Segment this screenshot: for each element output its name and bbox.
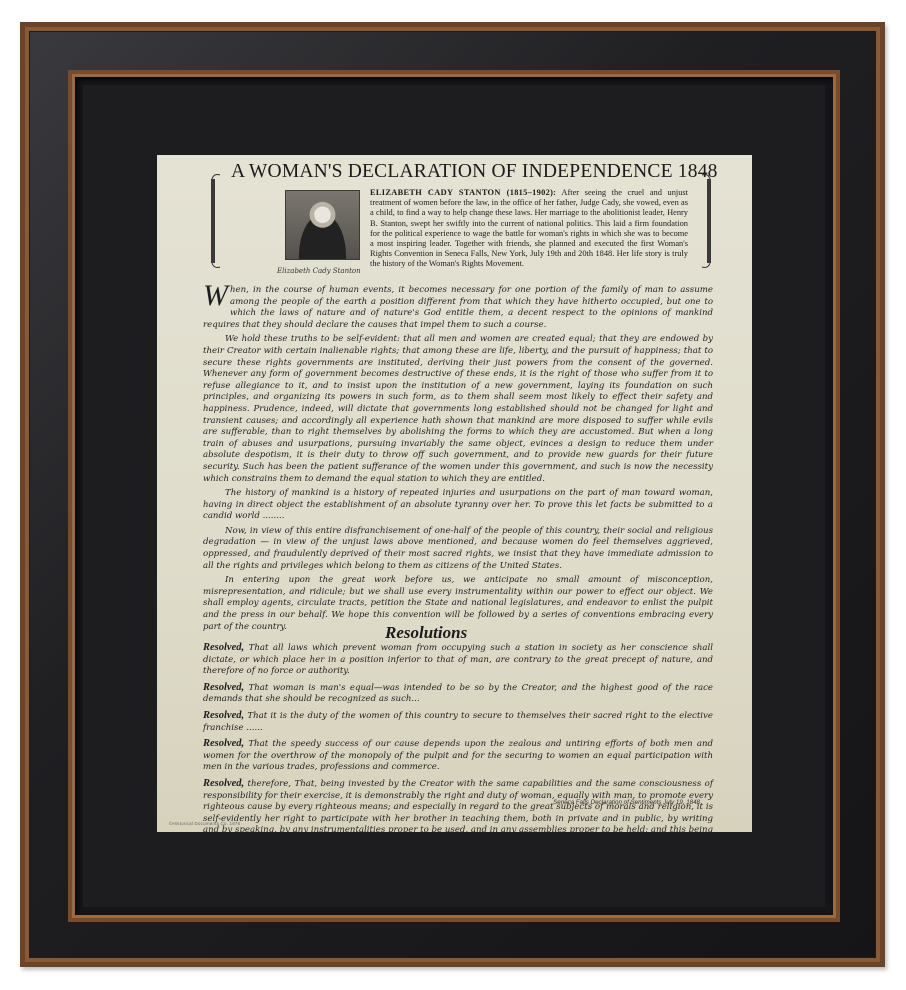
resolution-item: Resolved, therefore, That, being investe… bbox=[203, 778, 713, 872]
paragraph-history: The history of mankind is a history of r… bbox=[203, 488, 713, 523]
paragraph-text: hen, in the course of human events, it b… bbox=[203, 285, 713, 330]
resolution-label: Resolved, bbox=[203, 682, 244, 693]
copyright-caption: ©Historical Documents Co. 1976 bbox=[169, 821, 240, 826]
resolution-item: Resolved, That it is the duty of the wom… bbox=[203, 710, 713, 734]
paragraph-disfranchisement: Now, in view of this entire disfranchise… bbox=[203, 526, 713, 572]
resolution-text: That woman is man's equal—was intended t… bbox=[203, 683, 713, 705]
resolutions-heading: Resolutions bbox=[385, 623, 467, 643]
resolution-item: Resolved, That woman is man's equal—was … bbox=[203, 682, 713, 706]
bio-body: After seeing the cruel and unjust treatm… bbox=[370, 188, 688, 268]
resolution-label: Resolved, bbox=[203, 710, 244, 721]
paragraph-preamble: When, in the course of human events, it … bbox=[203, 285, 713, 331]
source-caption: Seneca Falls Declaration of Sentiments J… bbox=[553, 799, 700, 806]
resolution-label: Resolved, bbox=[203, 738, 244, 749]
resolution-label: Resolved, bbox=[203, 778, 244, 789]
document-print: A WOMAN'S DECLARATION OF INDEPENDENCE 18… bbox=[157, 155, 752, 832]
resolution-label: Resolved, bbox=[203, 642, 244, 653]
biography-text: ELIZABETH CADY STANTON (1815–1902): Afte… bbox=[370, 188, 688, 270]
resolution-text: That all laws which prevent woman from o… bbox=[203, 643, 713, 676]
document-title: A WOMAN'S DECLARATION OF INDEPENDENCE 18… bbox=[231, 161, 691, 183]
left-bracket-ornament bbox=[209, 173, 223, 269]
resolution-text: That the speedy success of our cause dep… bbox=[203, 739, 713, 772]
drop-cap: W bbox=[203, 283, 228, 309]
portrait-signature: Elizabeth Cady Stanton bbox=[277, 267, 367, 275]
resolution-text: therefore, That, being invested by the C… bbox=[203, 779, 713, 870]
bio-name: ELIZABETH CADY STANTON (1815–1902): bbox=[370, 188, 556, 197]
resolution-item: Resolved, That the speedy success of our… bbox=[203, 738, 713, 774]
declaration-body: When, in the course of human events, it … bbox=[203, 285, 713, 636]
right-bracket-ornament bbox=[699, 173, 713, 269]
paragraph-self-evident: We hold these truths to be self-evident:… bbox=[203, 334, 713, 485]
portrait-photo bbox=[285, 190, 360, 260]
resolution-text: That it is the duty of the women of this… bbox=[203, 711, 713, 733]
resolution-item: Resolved, That all laws which prevent wo… bbox=[203, 642, 713, 678]
resolutions-list: Resolved, That all laws which prevent wo… bbox=[203, 642, 713, 876]
